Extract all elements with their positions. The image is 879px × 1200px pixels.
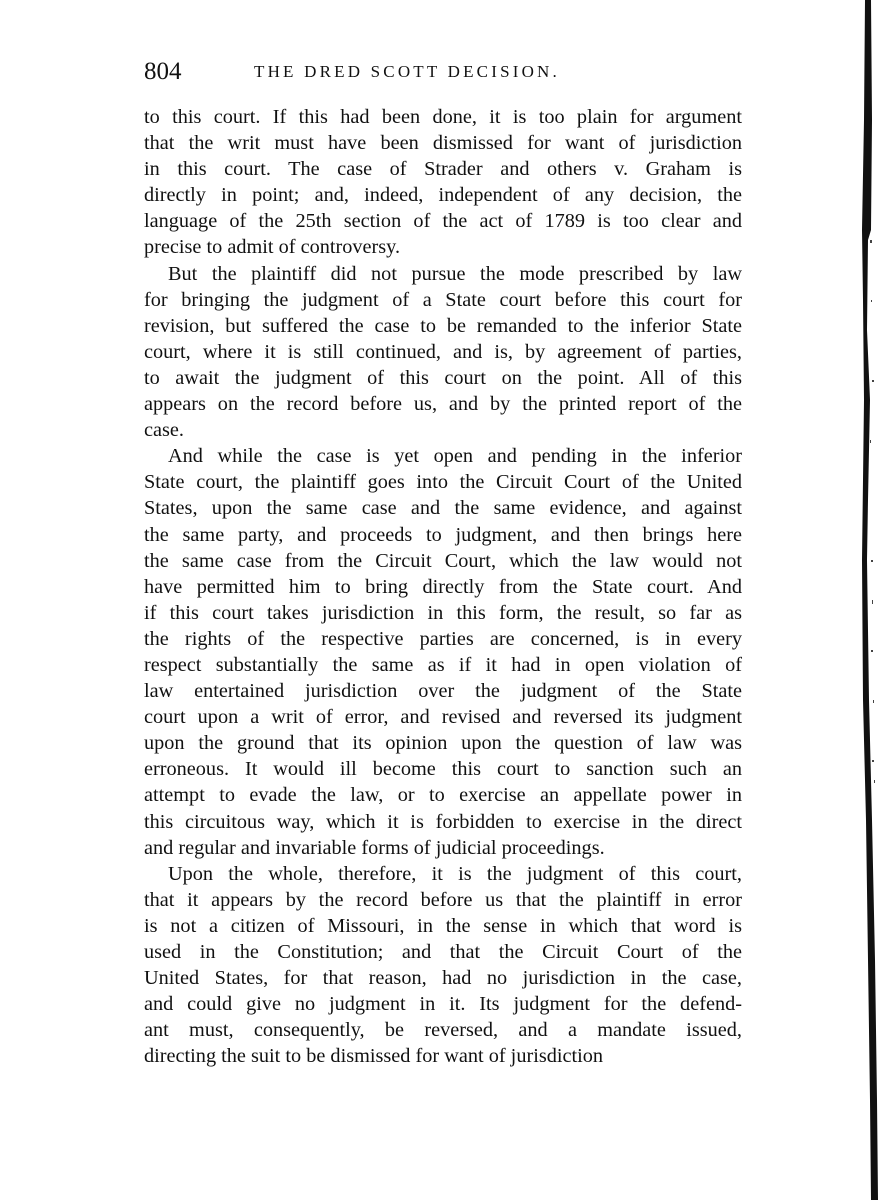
text-line: in this court. The case of Strader and o…: [144, 156, 742, 182]
text-line: directly in point; and, indeed, independ…: [144, 182, 742, 208]
paragraph: Upon the whole, therefore, it is the jud…: [144, 861, 742, 1070]
text-line: directing the suit to be dismissed for w…: [144, 1043, 742, 1069]
text-line: respect substantially the same as if it …: [144, 652, 742, 678]
text-line: and regular and invariable forms of judi…: [144, 835, 742, 861]
text-line: if this court takes jurisdiction in this…: [144, 600, 742, 626]
page-number: 804: [144, 58, 182, 86]
text-line: have permitted him to bring directly fro…: [144, 574, 742, 600]
text-line: to this court. If this had been done, it…: [144, 104, 742, 130]
body-text: to this court. If this had been done, it…: [144, 104, 742, 1069]
text-line: ant must, consequently, be reversed, and…: [144, 1017, 742, 1043]
text-line: the same case from the Circuit Court, wh…: [144, 548, 742, 574]
text-line: law entertained jurisdiction over the ju…: [144, 678, 742, 704]
text-line: precise to admit of controversy.: [144, 234, 742, 260]
text-line: the same party, and proceeds to judgment…: [144, 522, 742, 548]
text-line: court upon a writ of error, and revised …: [144, 704, 742, 730]
text-line: is not a citizen of Missouri, in the sen…: [144, 913, 742, 939]
page-binding-shadow: [851, 0, 879, 1200]
text-line: revision, but suffered the case to be re…: [144, 313, 742, 339]
paragraph: to this court. If this had been done, it…: [144, 104, 742, 261]
text-line: for bringing the judgment of a State cou…: [144, 287, 742, 313]
text-line: But the plaintiff did not pursue the mod…: [144, 261, 742, 287]
text-line: erroneous. It would ill become this cour…: [144, 756, 742, 782]
text-line: States, upon the same case and the same …: [144, 495, 742, 521]
text-line: the rights of the respective parties are…: [144, 626, 742, 652]
text-line: to await the judgment of this court on t…: [144, 365, 742, 391]
text-line: And while the case is yet open and pendi…: [144, 443, 742, 469]
text-line: used in the Constitution; and that the C…: [144, 939, 742, 965]
text-line: case.: [144, 417, 742, 443]
text-line: appears on the record before us, and by …: [144, 391, 742, 417]
text-line: Upon the whole, therefore, it is the jud…: [144, 861, 742, 887]
text-line: attempt to evade the law, or to exercise…: [144, 782, 742, 808]
page-header: 804 THE DRED SCOTT DECISION.: [144, 58, 774, 92]
text-line: United States, for that reason, had no j…: [144, 965, 742, 991]
paragraph: But the plaintiff did not pursue the mod…: [144, 261, 742, 444]
text-line: that it appears by the record before us …: [144, 887, 742, 913]
text-line: and could give no judgment in it. Its ju…: [144, 991, 742, 1017]
text-line: State court, the plaintiff goes into the…: [144, 469, 742, 495]
text-line: this circuitous way, which it is forbidd…: [144, 809, 742, 835]
text-line: court, where it is still continued, and …: [144, 339, 742, 365]
text-line: language of the 25th section of the act …: [144, 208, 742, 234]
paragraph: And while the case is yet open and pendi…: [144, 443, 742, 861]
running-title: THE DRED SCOTT DECISION.: [254, 62, 560, 82]
text-line: that the writ must have been dismissed f…: [144, 130, 742, 156]
text-line: upon the ground that its opinion upon th…: [144, 730, 742, 756]
